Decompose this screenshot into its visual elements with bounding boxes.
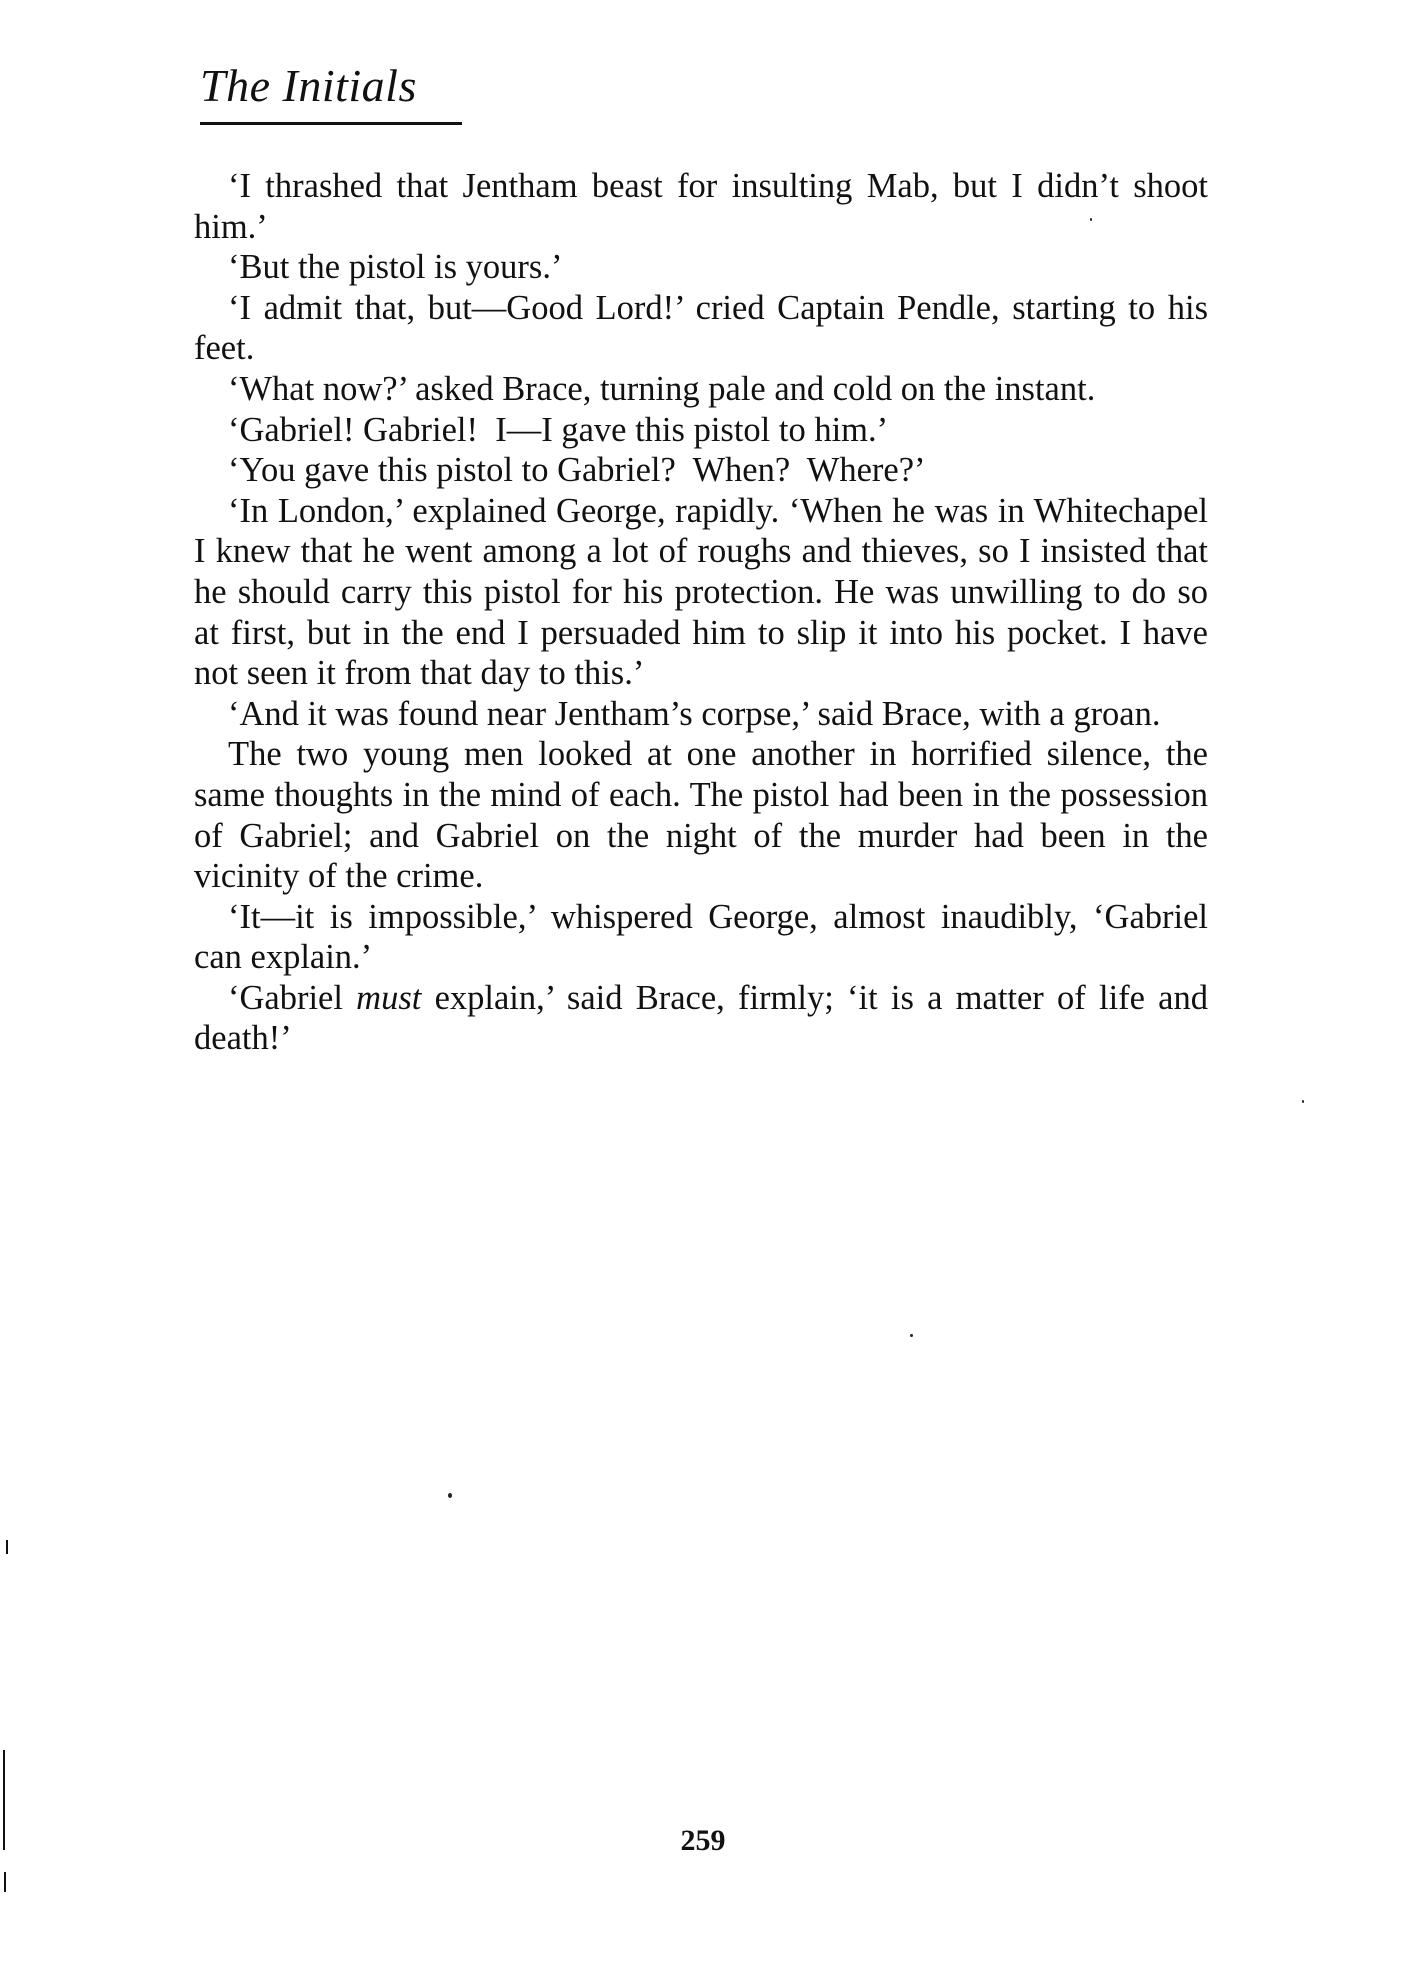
- scan-speck: [1090, 218, 1092, 221]
- paragraph: ‘And it was found near Jentham’s corpse,…: [194, 694, 1208, 735]
- running-head-title: The Initials: [200, 58, 417, 114]
- scan-edge-mark: [6, 1540, 8, 1554]
- paragraph: The two young men looked at one another …: [194, 734, 1208, 896]
- paragraph-final: ‘Gabriel must explain,’ said Brace, firm…: [194, 978, 1208, 1059]
- paragraph: ‘I admit that, but—Good Lord!’ cried Cap…: [194, 288, 1208, 369]
- paragraph: ‘In London,’ explained George, rapidly. …: [194, 491, 1208, 694]
- page-number: 259: [0, 1823, 1406, 1859]
- paragraph: ‘I thrashed that Jentham beast for insul…: [194, 166, 1208, 247]
- scan-edge-mark: [4, 1872, 6, 1892]
- scan-speck: [448, 1493, 452, 1498]
- scan-edge-mark: [3, 1750, 5, 1850]
- text-segment: ‘Gabriel: [228, 979, 356, 1017]
- body-text: ‘I thrashed that Jentham beast for insul…: [194, 166, 1208, 1059]
- emphasized-word: must: [356, 979, 421, 1017]
- scan-speck: [910, 1334, 913, 1337]
- paragraph: ‘What now?’ asked Brace, turning pale an…: [194, 369, 1208, 410]
- paragraph: ‘But the pistol is yours.’: [194, 247, 1208, 288]
- paragraph: ‘You gave this pistol to Gabriel? When? …: [194, 450, 1208, 491]
- paragraph: ‘Gabriel! Gabriel! I—I gave this pistol …: [194, 410, 1208, 451]
- scan-speck: [1302, 1100, 1304, 1103]
- paragraph: ‘It—it is impossible,’ whispered George,…: [194, 897, 1208, 978]
- header-rule: [200, 122, 462, 125]
